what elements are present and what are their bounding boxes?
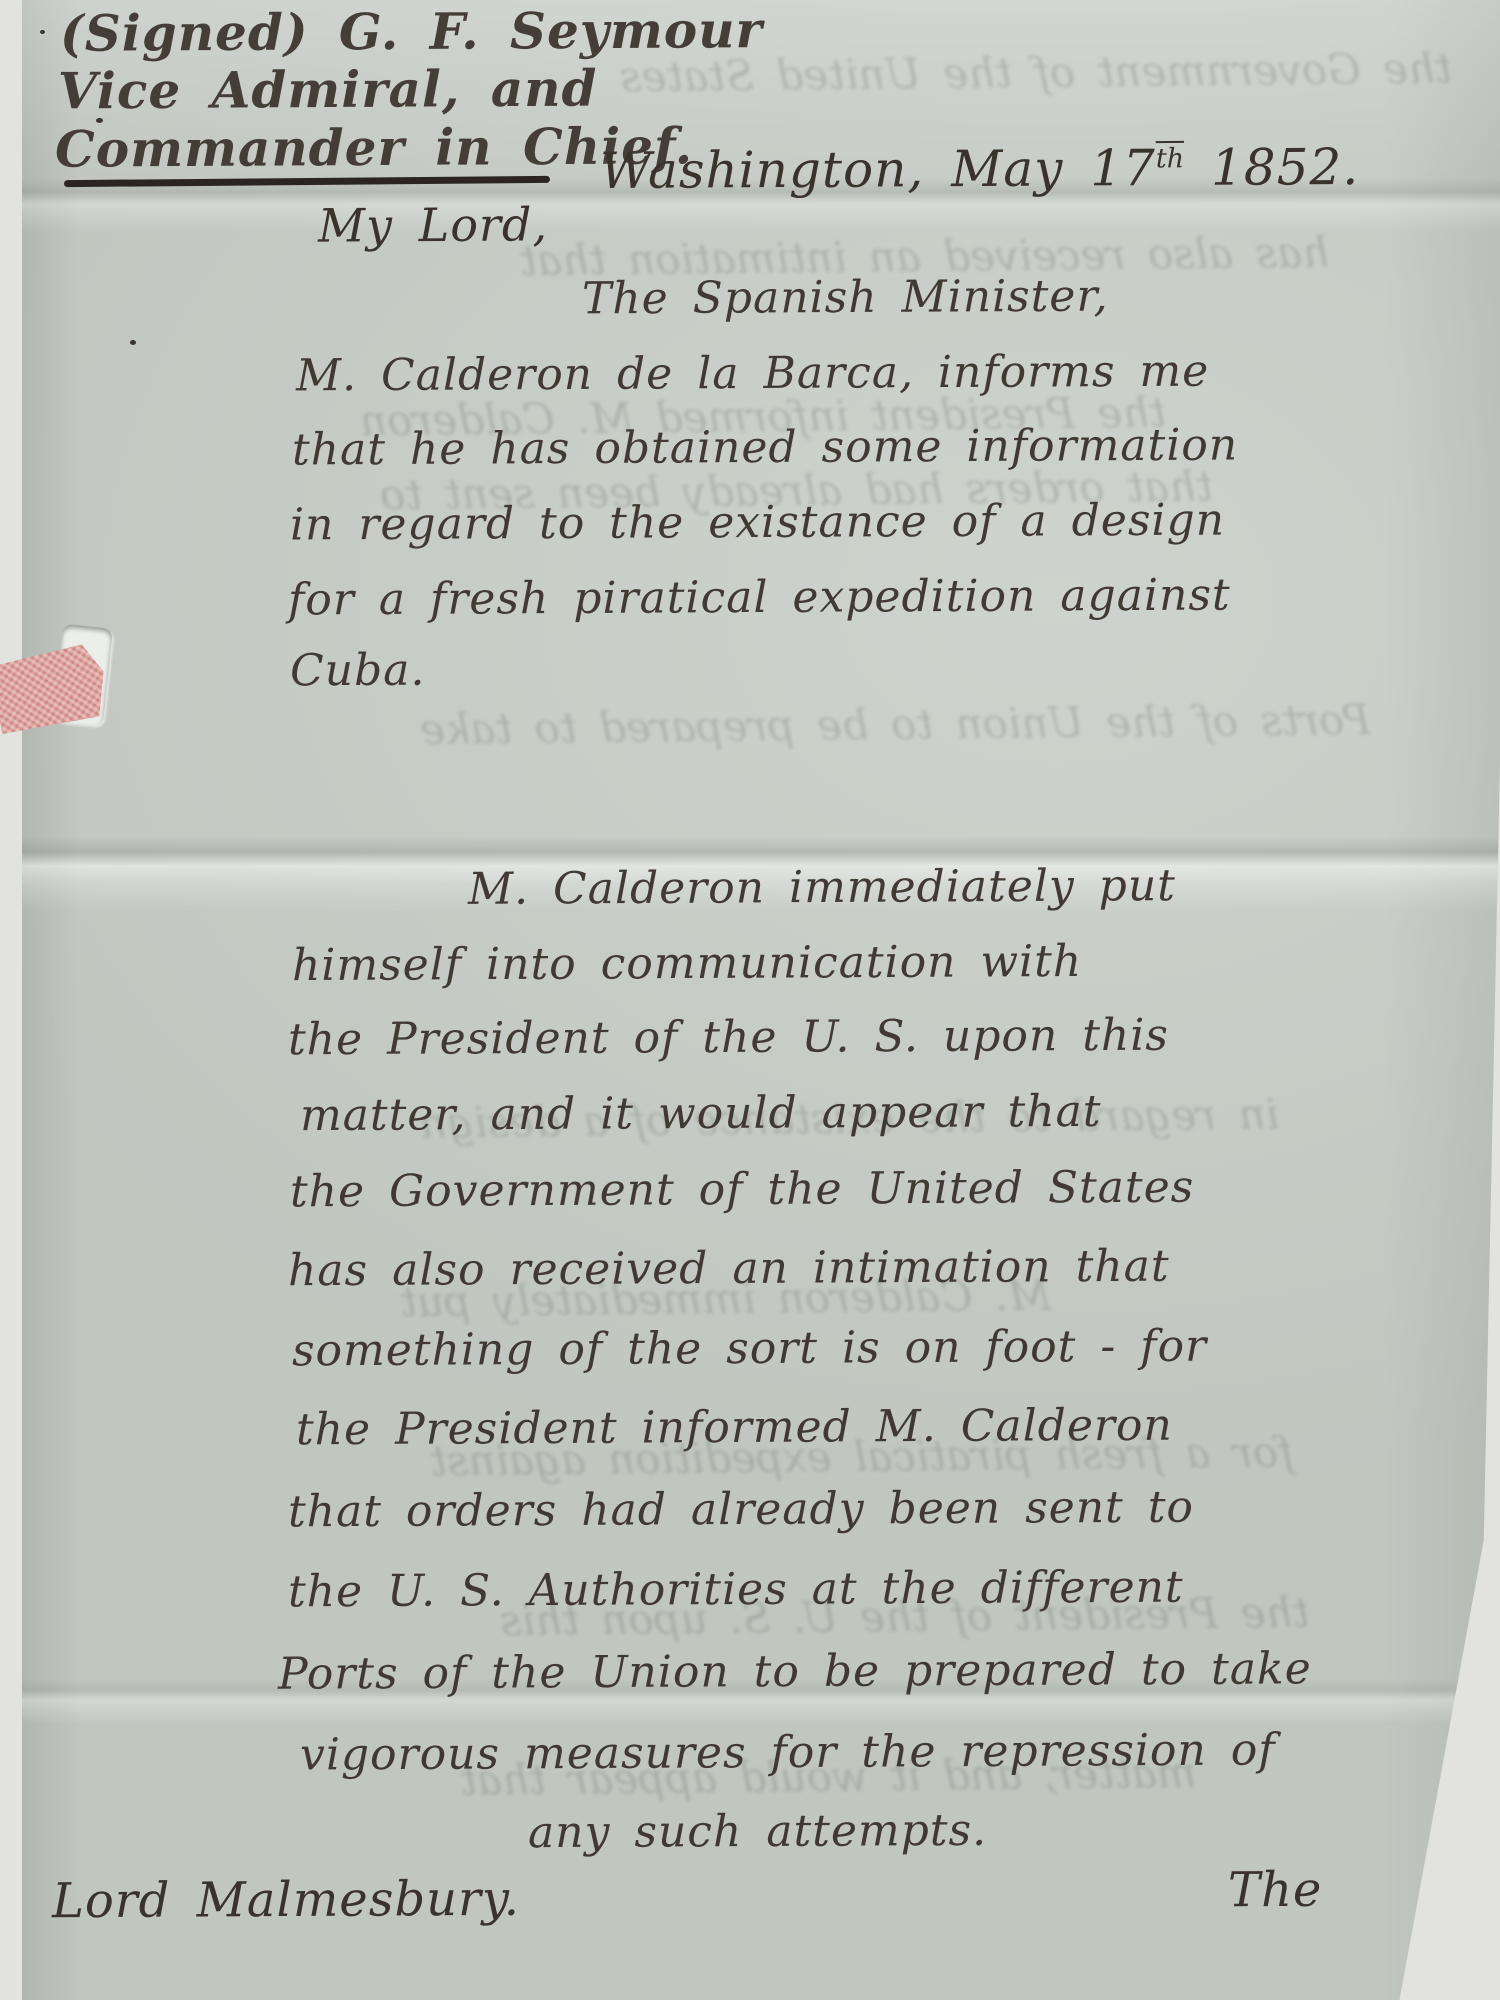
paper-speck	[96, 118, 103, 123]
manuscript-text: (Signed) G. F. Seymour Vice Admiral, and…	[0, 0, 1500, 2000]
dateline-ordinal: th	[1156, 143, 1184, 174]
manuscript-line: M. Calderon immediately put	[468, 860, 1176, 915]
manuscript-line: the President informed M. Calderon	[296, 1400, 1173, 1456]
manuscript-line: Cuba.	[290, 645, 426, 697]
signature-line: Vice Admiral, and	[58, 59, 598, 121]
salutation: My Lord,	[318, 197, 548, 252]
manuscript-line: the President of the U. S. upon this	[288, 1010, 1169, 1066]
manuscript-line: vigorous measures for the repression of	[300, 1724, 1276, 1780]
dateline: Washington, May 17th 1852.	[600, 138, 1359, 200]
addressee-line: Lord Malmesbury.	[52, 1871, 520, 1929]
manuscript-line: has also received an intimation that	[288, 1241, 1170, 1297]
manuscript-line: in regard to the existance of a design	[290, 495, 1225, 551]
manuscript-line: M. Calderon de la Barca, informs me	[296, 346, 1210, 402]
manuscript-line: for a fresh piratical expedition against	[288, 570, 1231, 626]
signature-line: Commander in Chief.	[55, 116, 693, 178]
manuscript-line: The Spanish Minister,	[582, 271, 1109, 325]
manuscript-line: that he has obtained some information	[292, 420, 1238, 476]
manuscript-line: matter, and it would appear that	[300, 1086, 1102, 1141]
manuscript-line: that orders had already been sent to	[288, 1482, 1194, 1538]
manuscript-photo: { "letter": { "signature_block": { "line…	[0, 0, 1500, 2000]
manuscript-line: the Government of the United States	[290, 1162, 1195, 1218]
paper-speck	[130, 340, 136, 345]
signature-line: (Signed) G. F. Seymour	[60, 0, 763, 63]
manuscript-line: Ports of the Union to be prepared to tak…	[278, 1643, 1312, 1699]
dateline-year: 1852.	[1211, 138, 1359, 197]
manuscript-line: the U. S. Authorities at the different	[288, 1562, 1184, 1618]
paper-speck	[40, 30, 45, 34]
manuscript-line: any such attempts.	[528, 1805, 987, 1858]
manuscript-line: himself into communication with	[292, 936, 1082, 991]
catchword: The	[1228, 1862, 1323, 1918]
dateline-place-day: Washington, May 17	[600, 139, 1156, 200]
manuscript-line: something of the sort is on foot - for	[292, 1321, 1207, 1377]
